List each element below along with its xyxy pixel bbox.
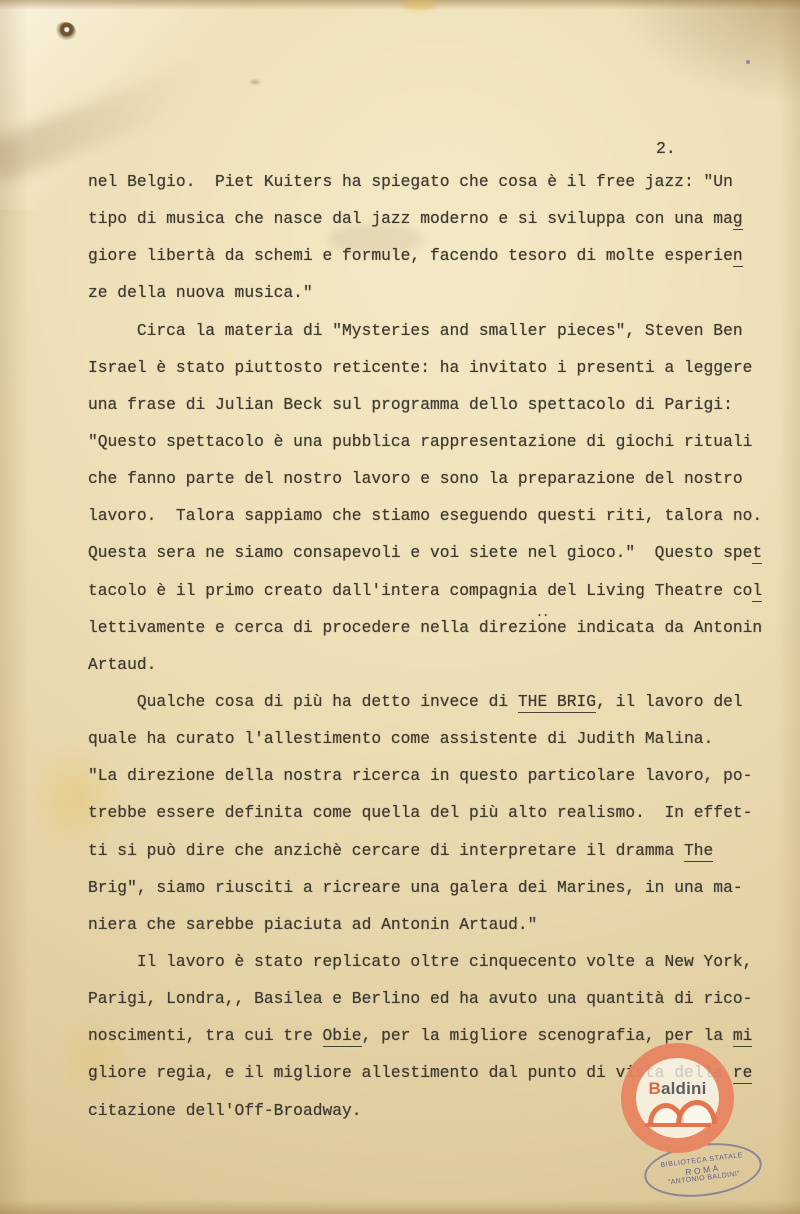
text-line: ze della nuova musica." <box>88 283 762 320</box>
paper-speck <box>250 80 260 84</box>
baldini-watermark: Baldini <box>621 1043 734 1153</box>
text-line: Il lavoro è stato replicato oltre cinque… <box>88 952 762 989</box>
text-line: Parigi, Londra,, Basilea e Berlino ed ha… <box>88 989 762 1026</box>
text-line: una frase di Julian Beck sul programma d… <box>88 395 762 432</box>
text-line: Israel è stato piuttosto reticente: ha i… <box>88 358 762 395</box>
paper-hole <box>54 22 76 42</box>
book-spine <box>645 1123 711 1127</box>
watermark-inner: Baldini <box>621 1043 734 1153</box>
paper-left-shade <box>0 0 28 1214</box>
document-page: 2. nel Belgio. Piet Kuiters ha spiegato … <box>0 0 800 1214</box>
text-line: tipo di musica che nasce dal jazz modern… <box>88 209 762 246</box>
text-line: Qualche cosa di più ha detto invece di T… <box>88 692 762 729</box>
text-line: Circa la materia di "Mysteries and small… <box>88 321 762 358</box>
text-line: "La direzione della nostra ricerca in qu… <box>88 766 762 803</box>
text-line: ti si può dire che anzichè cercare di in… <box>88 841 762 878</box>
text-line: Artaud. <box>88 655 762 692</box>
text-line: Questa sera ne siamo consapevoli e voi s… <box>88 543 762 580</box>
text-line: quale ha curato l'allestimento come assi… <box>88 729 762 766</box>
paper-corner-shade <box>550 0 800 140</box>
typewritten-text: nel Belgio. Piet Kuiters ha spiegato che… <box>88 172 762 1138</box>
text-line: "Questo spettacolo è una pubblica rappre… <box>88 432 762 469</box>
paper-stain <box>402 0 436 10</box>
text-line: che fanno parte del nostro lavoro e sono… <box>88 469 762 506</box>
page-number: 2. <box>656 139 676 158</box>
text-line: Brig", siamo riusciti a ricreare una gal… <box>88 878 762 915</box>
paper-top-edge <box>0 0 800 10</box>
text-line: niera che sarebbe piaciuta ad Antonin Ar… <box>88 915 762 952</box>
paper-right-shade <box>778 0 800 1214</box>
text-line: lettivamente e cerca di procedere nella … <box>88 618 762 655</box>
text-line: lavoro. Talora sappiamo che stiamo esegu… <box>88 506 762 543</box>
paper-bottom-edge <box>0 1200 800 1214</box>
text-line: giore libertà da schemi e formule, facen… <box>88 246 762 283</box>
book-right-page <box>676 1100 717 1124</box>
ink-speck <box>746 60 750 64</box>
text-line: tacolo è il primo creato dall'intera com… <box>88 581 762 618</box>
baldini-logo-text: Baldini <box>621 1079 734 1099</box>
text-line: trebbe essere definita come quella del p… <box>88 803 762 840</box>
open-book-icon <box>645 1101 711 1127</box>
text-line: nel Belgio. Piet Kuiters ha spiegato che… <box>88 172 762 209</box>
